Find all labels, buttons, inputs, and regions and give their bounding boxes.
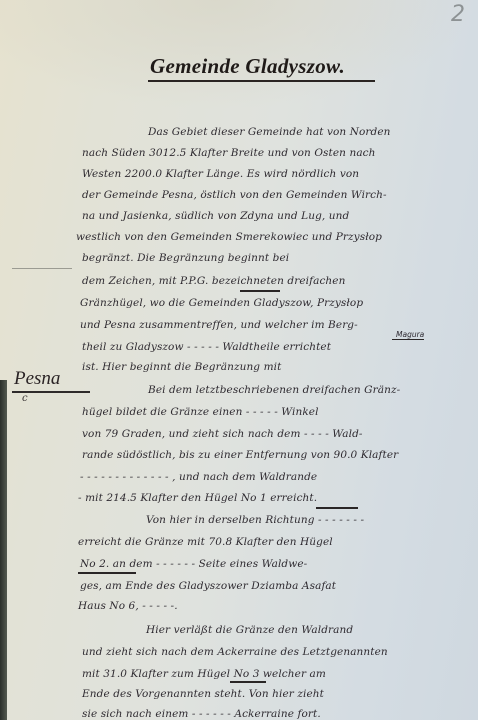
text-line: erreicht die Gränze mit 70.8 Klafter den… — [78, 536, 333, 548]
magura-underline — [392, 339, 424, 340]
text-line: Hier verläßt die Gränze den Waldrand — [146, 624, 353, 636]
margin-mark: c — [22, 393, 28, 404]
title-underline — [148, 80, 375, 82]
text-line: und Pesna zusammentreffen, und welcher i… — [80, 319, 358, 331]
text-line: theil zu Gladyszow - - - - - Waldtheile … — [82, 341, 331, 353]
text-line: der Gemeinde Pesna, östlich von den Geme… — [82, 189, 387, 201]
text-line: - - - - - - - - - - - - - , und nach dem… — [80, 471, 317, 483]
ppg-underline — [240, 290, 280, 292]
text-line: Bei dem letztbeschriebenen dreifachen Gr… — [148, 384, 400, 396]
text-line: ges, am Ende des Gladyszower Dziamba Asa… — [80, 580, 336, 592]
text-line: na und Jasienka, südlich von Zdyna und L… — [82, 210, 349, 222]
text-line: dem Zeichen, mit P.P.G. bezeichneten dre… — [82, 275, 345, 287]
text-line: rande südöstlich, bis zu einer Entfernun… — [82, 449, 398, 461]
text-line: und zieht sich nach dem Ackerraine des L… — [82, 646, 388, 658]
text-line: Von hier in derselben Richtung - - - - -… — [146, 514, 364, 526]
text-line: No 2. an dem - - - - - - Seite eines Wal… — [80, 558, 307, 570]
text-line: mit 31.0 Klafter zum Hügel No 3 welcher … — [82, 668, 326, 680]
text-line: sie sich nach einem - - - - - - Ackerrai… — [82, 708, 321, 720]
margin-rule — [12, 268, 72, 269]
page-number: 2 — [451, 2, 465, 27]
text-line: Gränzhügel, wo die Gemeinden Gladyszow, … — [80, 297, 363, 309]
text-line: Ende des Vorgenannten steht. Von hier zi… — [82, 688, 324, 700]
text-line: Westen 2200.0 Klafter Länge. Es wird nör… — [82, 168, 359, 180]
text-line: nach Süden 3012.5 Klafter Breite und von… — [82, 147, 376, 159]
document-title: Gemeinde Gladyszow. — [150, 54, 345, 79]
text-line: westlich von den Gemeinden Smerekowiec u… — [76, 231, 382, 243]
no3-underline — [230, 681, 266, 683]
superscript-magura: Magura — [396, 330, 424, 339]
no1-underline — [316, 507, 358, 509]
text-line: von 79 Graden, und zieht sich nach dem -… — [82, 428, 363, 440]
text-line: ist. Hier beginnt die Begränzung mit — [82, 361, 281, 373]
text-line: - mit 214.5 Klafter den Hügel No 1 errei… — [78, 492, 317, 504]
margin-label-pesna: Pesna — [14, 368, 60, 390]
page-edge-shadow — [0, 380, 7, 720]
text-line: Das Gebiet dieser Gemeinde hat von Norde… — [148, 126, 391, 138]
text-line: Haus No 6, - - - - -. — [78, 600, 178, 612]
text-line: hügel bildet die Gränze einen - - - - - … — [82, 406, 319, 418]
text-line: begränzt. Die Begränzung beginnt bei — [82, 252, 289, 264]
no2-underline — [78, 572, 136, 574]
